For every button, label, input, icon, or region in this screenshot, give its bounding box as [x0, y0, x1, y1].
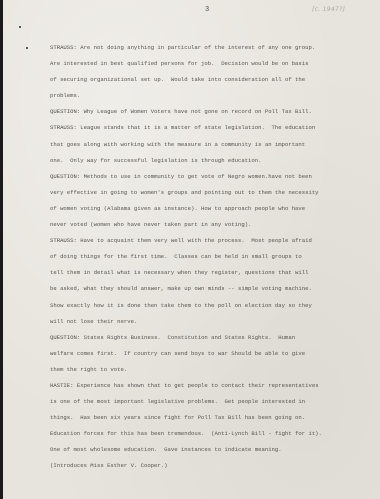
speaker-label: HASTIE: [50, 382, 74, 389]
page-number: 3 [205, 6, 209, 14]
speaker-label: QUESTION: [50, 334, 80, 341]
text-line: things. Has been six years since fight f… [50, 410, 370, 426]
text-line: that goes along with working with the me… [50, 137, 370, 153]
speaker-label: STRAUSS: [50, 124, 77, 131]
text-line: be asked, what they should answer, make … [50, 281, 370, 297]
text-line: One of most wholesome education. Gave in… [50, 442, 370, 458]
text-line: STRAUSS: League stands that it is a matt… [50, 120, 370, 136]
text-line: Show exactly how it is done then take th… [50, 298, 370, 314]
speaker-label: QUESTION: [50, 108, 80, 115]
text-line: of doing things for the first time. Clas… [50, 249, 370, 265]
text-line: them the right to vote. [50, 362, 370, 378]
paragraph-strauss-1: STRAUSS: Are not doing anything in parti… [50, 40, 370, 104]
paragraph-question-1: QUESTION: Why League of Women Voters hav… [50, 104, 370, 120]
margin-speck [26, 47, 28, 49]
paragraph-strauss-3: STRAUSS: Have to acquaint them very well… [50, 233, 370, 330]
text-line: will not lose their nerve. [50, 314, 370, 330]
text-line: welfare comes first. If country can send… [50, 346, 370, 362]
paragraph-strauss-2: STRAUSS: League stands that it is a matt… [50, 120, 370, 168]
text-line: (Introduces Miss Esther V. Cooper.) [50, 458, 370, 474]
text-line: very effective in going to women's group… [50, 185, 370, 201]
archival-handwritten-note: [c. 1947?] [312, 6, 345, 13]
text-line: never voted (women who have never taken … [50, 217, 370, 233]
text-line: STRAUSS: Are not doing anything in parti… [50, 40, 370, 56]
speaker-label: STRAUSS: [50, 44, 77, 51]
paragraph-question-3: QUESTION: States Rights Business. Consti… [50, 330, 370, 378]
text-line: Education forces for this has been treme… [50, 426, 370, 442]
text-line: of women voting (Alabama given as instan… [50, 201, 370, 217]
text-line: Are interested in best qualified persons… [50, 56, 370, 72]
paragraph-hastie: HASTIE: Experience has shown that to get… [50, 378, 370, 475]
text-line: is one of the most important legislative… [50, 394, 370, 410]
text-line: one. Only way for successful legislation… [50, 153, 370, 169]
margin-speck [19, 26, 21, 28]
text-line: QUESTION: States Rights Business. Consti… [50, 330, 370, 346]
transcript-body: STRAUSS: Are not doing anything in parti… [50, 40, 370, 475]
text-line: problems. [50, 88, 370, 104]
scan-edge [0, 0, 3, 499]
speaker-label: STRAUSS: [50, 237, 77, 244]
document-page: 3 [c. 1947?] STRAUSS: Are not doing anyt… [0, 0, 380, 499]
text-line: tell them in detail what is necessary wh… [50, 265, 370, 281]
text-line: QUESTION: Methods to use in community to… [50, 169, 370, 185]
text-line: QUESTION: Why League of Women Voters hav… [50, 104, 370, 120]
speaker-label: QUESTION: [50, 173, 80, 180]
text-line: of securing organizational set up. Would… [50, 72, 370, 88]
text-line: STRAUSS: Have to acquaint them very well… [50, 233, 370, 249]
text-line: HASTIE: Experience has shown that to get… [50, 378, 370, 394]
paragraph-question-2: QUESTION: Methods to use in community to… [50, 169, 370, 233]
